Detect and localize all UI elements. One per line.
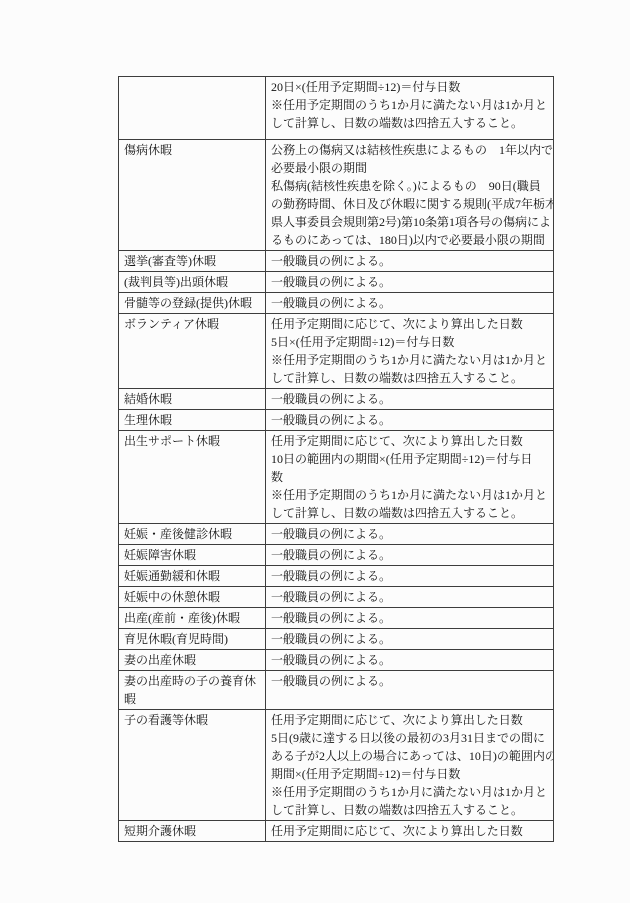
leave-type-cell: ボランティア休暇 [119,314,266,389]
leave-type-cell: 傷病休暇 [119,140,266,251]
table-row: 妊娠通勤緩和休暇一般職員の例による。 [119,566,554,587]
table-row: 妊娠障害休暇一般職員の例による。 [119,545,554,566]
leave-type-cell: 選挙(審査等)休暇 [119,251,266,272]
leave-type-cell: 骨髄等の登録(提供)休暇 [119,293,266,314]
leave-type-cell: 妊娠障害休暇 [119,545,266,566]
leave-type-cell: 妊娠通勤緩和休暇 [119,566,266,587]
leave-detail-cell: 任用予定期間に応じて、次により算出した日数5日(9歳に達する日以後の最初の3月3… [266,710,554,821]
detail-line: 10日の範囲内の期間×(任用予定期間÷12)＝付与日 [271,450,548,468]
detail-line: 一般職員の例による。 [271,609,548,627]
detail-line: 一般職員の例による。 [271,252,548,270]
leave-type-label: 結婚休暇 [124,390,260,408]
leave-type-label: 妊娠通勤緩和休暇 [124,567,260,585]
table-row: 子の看護等休暇任用予定期間に応じて、次により算出した日数5日(9歳に達する日以後… [119,710,554,821]
leave-type-label: ボランティア休暇 [124,315,260,333]
leave-type-cell: 子の看護等休暇 [119,710,266,821]
leave-type-label: 子の看護等休暇 [124,711,260,729]
leave-type-label: 出産(産前・産後)休暇 [124,609,260,627]
leave-detail-cell: 公務上の傷病又は結核性疾患によるもの 1年以内で必要最小限の期間私傷病(結核性疾… [266,140,554,251]
leave-detail-cell: 任用予定期間に応じて、次により算出した日数10日の範囲内の期間×(任用予定期間÷… [266,431,554,524]
leave-type-label: (裁判員等)出頭休暇 [124,273,260,291]
detail-line: 一般職員の例による。 [271,294,548,312]
detail-line: 任用予定期間に応じて、次により算出した日数 [271,315,548,333]
detail-line: 一般職員の例による。 [271,651,548,669]
leave-type-label: 妊娠・産後健診休暇 [124,525,260,543]
leave-type-label: 生理休暇 [124,411,260,429]
leave-detail-cell: 一般職員の例による。 [266,389,554,410]
detail-line: 県人事委員会規則第2号)第10条第1項各号の傷病によ [271,213,548,231]
leave-type-cell: 出産(産前・産後)休暇 [119,608,266,629]
leave-type-label: 骨髄等の登録(提供)休暇 [124,294,260,312]
detail-line: ※任用予定期間のうち1か月に満たない月は1か月と [271,96,548,114]
leave-type-label: 妊娠中の休憩休暇 [124,588,260,606]
leave-type-cell: (裁判員等)出頭休暇 [119,272,266,293]
detail-line: 一般職員の例による。 [271,672,548,690]
table-row: 骨髄等の登録(提供)休暇一般職員の例による。 [119,293,554,314]
leave-detail-cell: 一般職員の例による。 [266,410,554,431]
leave-type-cell: 生理休暇 [119,410,266,431]
detail-line: 一般職員の例による。 [271,588,548,606]
detail-line: 一般職員の例による。 [271,273,548,291]
detail-line: るものにあっては、180日)以内で必要最小限の期間 [271,231,548,249]
leave-type-label: 育児休暇(育児時間) [124,630,260,648]
leave-detail-cell: 一般職員の例による。 [266,524,554,545]
leave-type-label: 妻の出産休暇 [124,651,260,669]
leave-type-cell [119,77,266,140]
detail-line: 一般職員の例による。 [271,546,548,564]
leave-type-cell: 妻の出産休暇 [119,650,266,671]
table-row: 傷病休暇公務上の傷病又は結核性疾患によるもの 1年以内で必要最小限の期間私傷病(… [119,140,554,251]
table-row: 20日×(任用予定期間÷12)＝付与日数※任用予定期間のうち1か月に満たない月は… [119,77,554,140]
detail-line: ※任用予定期間のうち1か月に満たない月は1か月と [271,783,548,801]
leave-detail-cell: 任用予定期間に応じて、次により算出した日数 [266,821,554,842]
leave-table: 20日×(任用予定期間÷12)＝付与日数※任用予定期間のうち1か月に満たない月は… [118,76,554,842]
detail-line: 5日(9歳に達する日以後の最初の3月31日までの間に [271,729,548,747]
leave-type-cell: 妊娠・産後健診休暇 [119,524,266,545]
leave-type-cell: 結婚休暇 [119,389,266,410]
leave-detail-cell: 20日×(任用予定期間÷12)＝付与日数※任用予定期間のうち1か月に満たない月は… [266,77,554,140]
leave-detail-cell: 一般職員の例による。 [266,566,554,587]
detail-line: 私傷病(結核性疾患を除く。)によるもの 90日(職員 [271,177,548,195]
leave-detail-cell: 一般職員の例による。 [266,587,554,608]
detail-line: して計算し、日数の端数は四捨五入すること。 [271,114,548,132]
detail-line: 20日×(任用予定期間÷12)＝付与日数 [271,78,548,96]
detail-line: 一般職員の例による。 [271,390,548,408]
leave-detail-cell: 一般職員の例による。 [266,272,554,293]
detail-line: 一般職員の例による。 [271,567,548,585]
leave-type-label: 短期介護休暇 [124,822,260,840]
leave-detail-cell: 一般職員の例による。 [266,251,554,272]
detail-line: の勤務時間、休日及び休暇に関する規則(平成7年栃木 [271,195,548,213]
leave-detail-cell: 一般職員の例による。 [266,671,554,710]
document-page: 20日×(任用予定期間÷12)＝付与日数※任用予定期間のうち1か月に満たない月は… [0,0,630,903]
leave-type-cell: 育児休暇(育児時間) [119,629,266,650]
detail-line: 一般職員の例による。 [271,411,548,429]
detail-line: して計算し、日数の端数は四捨五入すること。 [271,801,548,819]
leave-type-label: 傷病休暇 [124,141,260,159]
table-row: 妻の出産時の子の養育休暇一般職員の例による。 [119,671,554,710]
table-row: (裁判員等)出頭休暇一般職員の例による。 [119,272,554,293]
leave-detail-cell: 任用予定期間に応じて、次により算出した日数5日×(任用予定期間÷12)＝付与日数… [266,314,554,389]
table-row: 妻の出産休暇一般職員の例による。 [119,650,554,671]
table-row: 選挙(審査等)休暇一般職員の例による。 [119,251,554,272]
leave-detail-cell: 一般職員の例による。 [266,545,554,566]
detail-line: ※任用予定期間のうち1か月に満たない月は1か月と [271,351,548,369]
leave-type-label: 妊娠障害休暇 [124,546,260,564]
detail-line: 任用予定期間に応じて、次により算出した日数 [271,822,548,840]
detail-line: 公務上の傷病又は結核性疾患によるもの 1年以内で [271,141,548,159]
detail-line: 必要最小限の期間 [271,159,548,177]
leave-detail-cell: 一般職員の例による。 [266,650,554,671]
detail-line: して計算し、日数の端数は四捨五入すること。 [271,369,548,387]
table-row: 妊娠・産後健診休暇一般職員の例による。 [119,524,554,545]
leave-type-label: 妻の出産時の子の養育休暇 [124,672,260,708]
table-row: 結婚休暇一般職員の例による。 [119,389,554,410]
table-row: 生理休暇一般職員の例による。 [119,410,554,431]
leave-detail-cell: 一般職員の例による。 [266,629,554,650]
table-row: 出産(産前・産後)休暇一般職員の例による。 [119,608,554,629]
table-row: 短期介護休暇任用予定期間に応じて、次により算出した日数 [119,821,554,842]
detail-line: 数 [271,468,548,486]
leave-type-cell: 出生サポート休暇 [119,431,266,524]
detail-line: して計算し、日数の端数は四捨五入すること。 [271,504,548,522]
detail-line: 期間×(任用予定期間÷12)＝付与日数 [271,765,548,783]
table-row: ボランティア休暇任用予定期間に応じて、次により算出した日数5日×(任用予定期間÷… [119,314,554,389]
detail-line: ある子が2人以上の場合にあっては、10日)の範囲内の [271,747,548,765]
detail-line: 任用予定期間に応じて、次により算出した日数 [271,432,548,450]
detail-line: ※任用予定期間のうち1か月に満たない月は1か月と [271,486,548,504]
leave-type-cell: 短期介護休暇 [119,821,266,842]
detail-line: 任用予定期間に応じて、次により算出した日数 [271,711,548,729]
detail-line: 一般職員の例による。 [271,630,548,648]
leave-detail-cell: 一般職員の例による。 [266,608,554,629]
detail-line: 5日×(任用予定期間÷12)＝付与日数 [271,333,548,351]
table-row: 妊娠中の休憩休暇一般職員の例による。 [119,587,554,608]
leave-detail-cell: 一般職員の例による。 [266,293,554,314]
table-row: 出生サポート休暇任用予定期間に応じて、次により算出した日数10日の範囲内の期間×… [119,431,554,524]
leave-type-cell: 妊娠中の休憩休暇 [119,587,266,608]
table-row: 育児休暇(育児時間)一般職員の例による。 [119,629,554,650]
leave-type-label: 出生サポート休暇 [124,432,260,450]
leave-type-cell: 妻の出産時の子の養育休暇 [119,671,266,710]
leave-type-label: 選挙(審査等)休暇 [124,252,260,270]
detail-line: 一般職員の例による。 [271,525,548,543]
